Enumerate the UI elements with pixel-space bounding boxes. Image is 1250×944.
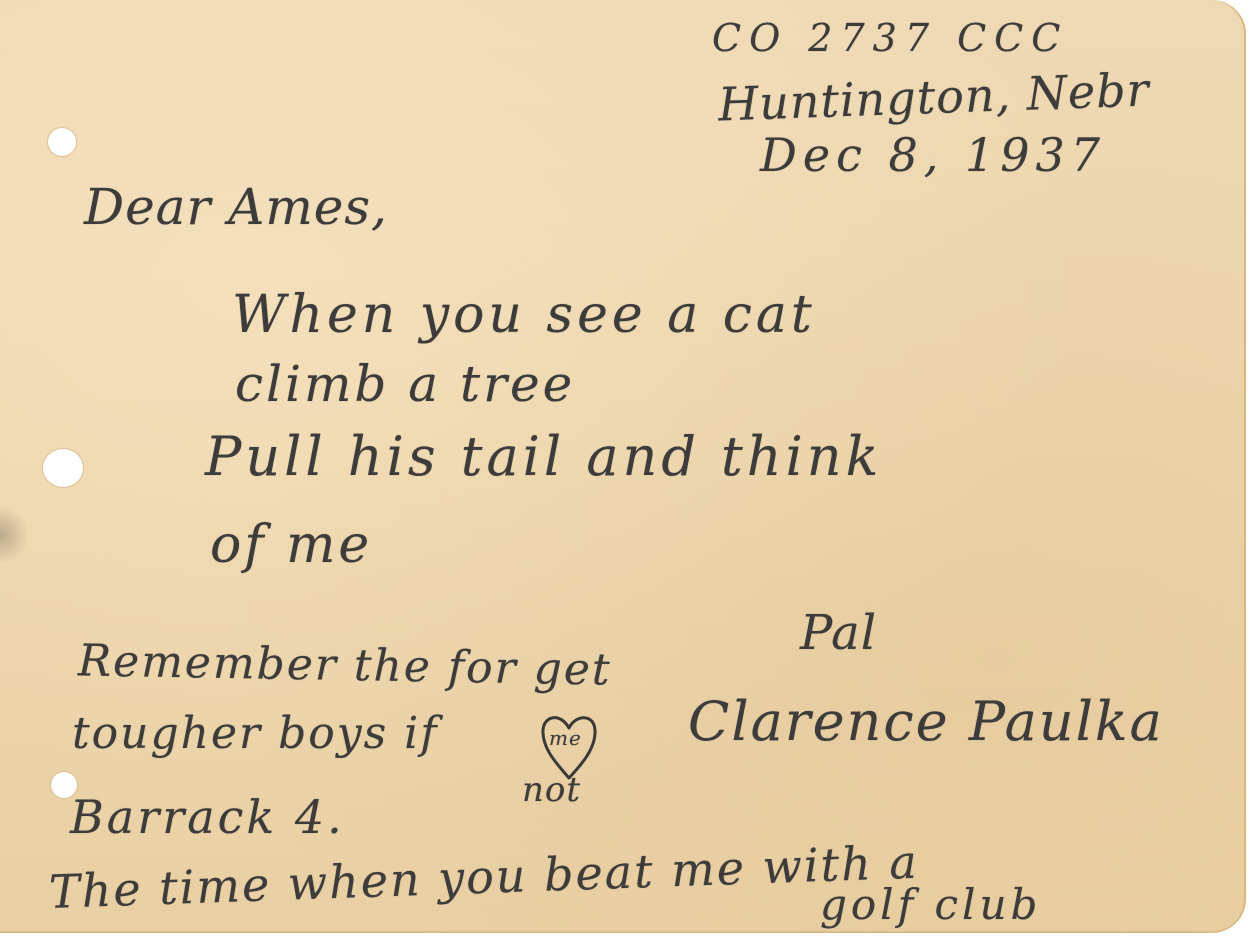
- body-line-2: climb a tree: [235, 355, 575, 413]
- postscript-line-1: Remember the for get: [78, 635, 612, 695]
- location: Huntington, Nebr: [717, 62, 1150, 131]
- heart-caption: not: [522, 770, 581, 810]
- heart-text: me: [549, 726, 582, 750]
- signature: Clarence Paulka: [688, 690, 1164, 753]
- body-line-3: Pull his tail and think: [205, 425, 882, 488]
- postscript-line-3: Barrack 4.: [70, 790, 345, 844]
- pencil-smudge: [0, 505, 30, 565]
- salutation: Dear Ames,: [84, 178, 388, 236]
- company-number: CO 2737 CCC: [712, 16, 1068, 60]
- letter-page: CO 2737 CCC Huntington, Nebr Dec 8, 1937…: [0, 0, 1246, 933]
- postscript-line-5: golf club: [820, 880, 1041, 929]
- binder-hole-top: [48, 128, 76, 156]
- valediction: Pal: [800, 605, 877, 661]
- date: Dec 8, 1937: [760, 128, 1106, 182]
- binder-hole-middle: [43, 449, 83, 487]
- postscript-line-4: The time when you beat me with a: [48, 835, 919, 919]
- body-line-1: When you see a cat: [232, 285, 816, 345]
- body-line-4: of me: [210, 515, 372, 575]
- postscript-line-2: tougher boys if: [72, 708, 439, 759]
